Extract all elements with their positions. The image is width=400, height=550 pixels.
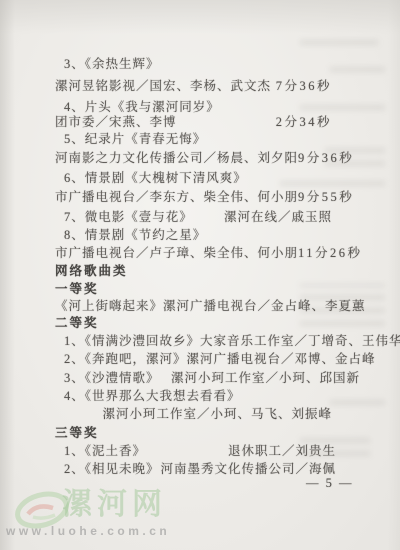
document-line: 4、片头《我与漯河同岁》 [55, 100, 360, 114]
document-line: 7、微电影《壹与花》漯河在线／戚玉照 [55, 210, 360, 224]
document-line: 《河上街嗨起来》漯河广播电视台／金占峰、李夏蕙 [55, 299, 360, 313]
line-text-left: 8、情景剧《节约之星》 [64, 228, 206, 242]
line-text-left: 5、纪录片《青春无悔》 [64, 132, 206, 146]
document-line: 2、《相见未晚》河南墨秀文化传播公司／海佩 [55, 462, 360, 476]
duration-text: 9分55秒 [298, 190, 354, 204]
document-line: 3、《余热生辉》 [55, 57, 360, 71]
document-line: 河南影之力文化传播公司／杨晨、刘夕阳9分36秒 [55, 151, 360, 165]
line-text-left: 《河上街嗨起来》 [55, 299, 163, 313]
duration-text: 2分34秒 [276, 115, 332, 129]
bleed-through-smudge [300, 33, 378, 45]
line-text-left: 3、《沙澧情歌》 [64, 371, 160, 385]
heading-text: 二等奖 [55, 316, 99, 330]
duration-text: 9分36秒 [298, 151, 354, 165]
document-line: 8、情景剧《节约之星》 [55, 228, 360, 242]
page-number: — 5 — [306, 476, 354, 491]
section-heading: 网络歌曲类 [55, 264, 360, 278]
document-line: 4、《世界那么大我想去看看》 [55, 389, 360, 403]
line-text-right: 漯河广播电视台／邓博、金占峰 [187, 352, 376, 366]
scanned-document-page: { "colors": { "paper": "#edebe7", "text"… [0, 0, 400, 550]
heading-text: 一等奖 [55, 282, 99, 296]
line-text-right: 漯河小珂工作室／小珂、马飞、刘振峰 [102, 407, 332, 421]
line-text-left: 团市委／宋燕、李博 [55, 115, 177, 129]
line-text-right: 河南墨秀文化传播公司／海佩 [160, 462, 336, 476]
document-line: 漯河小珂工作室／小珂、马飞、刘振峰 [55, 407, 360, 421]
document-line: 5、纪录片《青春无悔》 [55, 132, 360, 146]
duration-text: 7分36秒 [276, 79, 332, 93]
line-text-left: 2、《相见未晚》 [64, 462, 160, 476]
award-tier-heading: 三等奖 [55, 426, 360, 440]
line-text-left: 3、《余热生辉》 [64, 57, 160, 71]
document-line: 团市委／宋燕、李博2分34秒 [55, 115, 360, 129]
document-line: 市广播电视台／卢子璋、柴全伟、何小朋11分26秒 [55, 246, 360, 260]
heading-text: 网络歌曲类 [55, 264, 128, 278]
award-tier-heading: 一等奖 [55, 282, 360, 296]
award-tier-heading: 二等奖 [55, 316, 360, 330]
document-line: 1、《泥土香》退休职工／刘贵生 [55, 444, 360, 458]
line-text-left: 市广播电视台／李东方、柴全伟、何小朋 [55, 190, 298, 204]
document-line: 1、《情满沙澧回故乡》大家音乐工作室／丁增奇、王伟华 [55, 334, 360, 348]
line-text-right: 大家音乐工作室／丁增奇、王伟华 [200, 334, 400, 348]
document-line: 2、《奔跑吧，漯河》漯河广播电视台／邓博、金占峰 [55, 352, 360, 366]
watermark-site-name: 漯河网 [62, 489, 167, 521]
line-text-right: 漯河小珂工作室／小珂、邱国新 [171, 371, 360, 385]
heading-text: 三等奖 [55, 426, 99, 440]
line-text-right: 漯河广播电视台／金占峰、李夏蕙 [163, 299, 366, 313]
line-text-left: 漯河昱铭影视／国宏、李杨、武文杰 [55, 79, 271, 93]
line-text-right: 退休职工／刘贵生 [228, 444, 336, 458]
document-line: 漯河昱铭影视／国宏、李杨、武文杰7分36秒 [55, 79, 360, 93]
line-text-left: 4、片头《我与漯河同岁》 [64, 100, 220, 114]
line-text-left: 1、《情满沙澧回故乡》 [64, 334, 200, 348]
line-text-left: 1、《泥土香》 [64, 444, 146, 458]
line-text-left: 4、《世界那么大我想去看看》 [64, 389, 241, 403]
duration-text: 11分26秒 [298, 246, 363, 260]
watermark-site-url: www.luohe.com.cn [6, 524, 170, 538]
line-text-left: 河南影之力文化传播公司／杨晨、刘夕阳 [55, 151, 298, 165]
document-line: 3、《沙澧情歌》漯河小珂工作室／小珂、邱国新 [55, 371, 360, 385]
line-text-left: 2、《奔跑吧，漯河》 [64, 352, 187, 366]
document-line: 6、情景剧《大槐树下清风爽》 [55, 171, 360, 185]
line-text-left: 6、情景剧《大槐树下清风爽》 [64, 171, 247, 185]
line-text-left: 7、微电影《壹与花》 [64, 210, 193, 224]
line-text-right: 漯河在线／戚玉照 [224, 210, 332, 224]
document-line: 市广播电视台／李东方、柴全伟、何小朋9分55秒 [55, 190, 360, 204]
line-text-left: 市广播电视台／卢子璋、柴全伟、何小朋 [55, 246, 298, 260]
